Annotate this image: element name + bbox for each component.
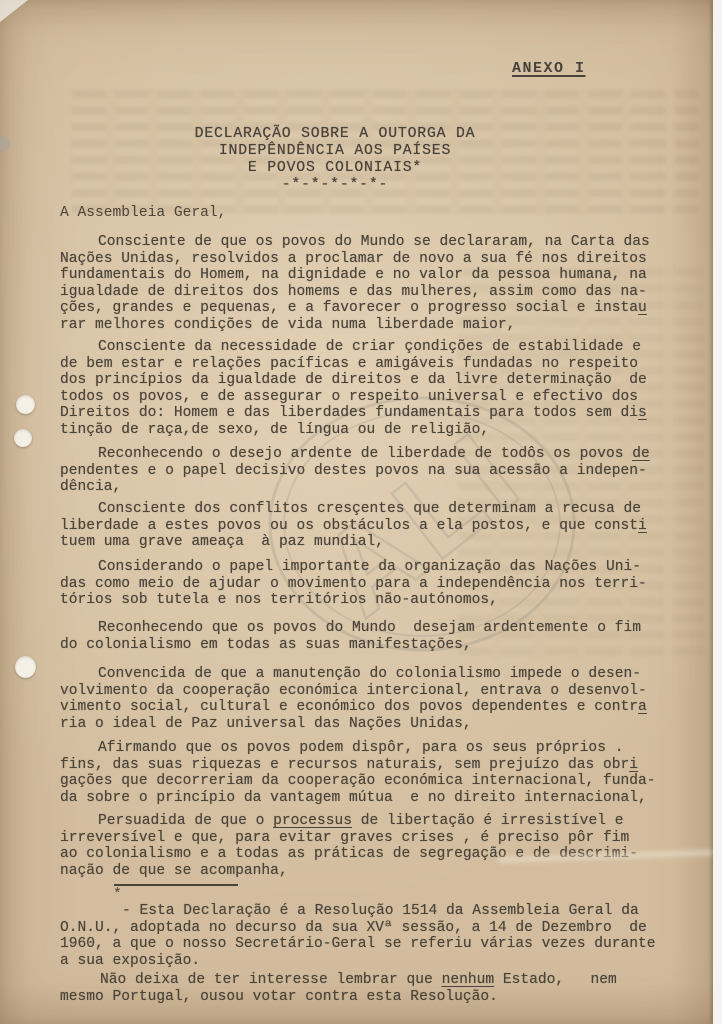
punch-hole-top (16, 395, 35, 414)
paragraph-3: Reconhecendo o desejo ardente de liberda… (60, 446, 675, 496)
footnote-paragraph-1: - Esta Declaração é a Resolução 1514 da … (60, 903, 675, 969)
title-line-3: E POVOS COLONIAIS* (55, 160, 615, 177)
paragraph-1: Consciente de que os povos do Mundo se d… (60, 234, 675, 334)
scanner-edge (713, 0, 722, 1024)
punch-hole-middle (14, 429, 32, 447)
title-line-1: DECLARAÇÃO SOBRE A OUTORGA DA (55, 126, 615, 143)
paragraph-9: Persuadida de que o processus de liberta… (60, 813, 675, 879)
footnote-marker: * (113, 887, 122, 903)
paragraph-2: Consciente da necessidade de criar çondi… (60, 339, 675, 439)
annex-label: ANEXO I (512, 60, 586, 77)
punch-hole-bottom (15, 656, 36, 678)
title-divider: -*-*-*-*-*- (55, 177, 615, 194)
paragraph-7: Convencida de que a manutenção do coloni… (60, 666, 675, 732)
paragraph-5: Considerando o papel importante da organ… (60, 559, 675, 609)
corner-fold (0, 0, 28, 22)
document-title: DECLARAÇÃO SOBRE A OUTORGA DA INDEPÊNDÊN… (55, 126, 615, 194)
footnote-separator (114, 884, 238, 886)
title-line-2: INDEPÊNDÊNCIA AOS PAÍSES (55, 143, 615, 160)
footnote-paragraph-2: Não deixa de ter interesse lembrar que n… (60, 972, 675, 1005)
left-edge-smudge (0, 136, 10, 152)
paragraph-6: Reconhecendo que os povos do Mundo desej… (60, 620, 675, 653)
scanned-document-page: ALI ANEXO I DECLARAÇÃO SOBRE A OUTORGA D… (0, 0, 722, 1024)
paragraph-4: Consciente dos conflitos cresçentes que … (60, 501, 675, 551)
salutation: A Assembleia Geral, (60, 205, 226, 221)
paragraph-8: Afirmando que os povos podem dispôr, par… (60, 740, 675, 806)
